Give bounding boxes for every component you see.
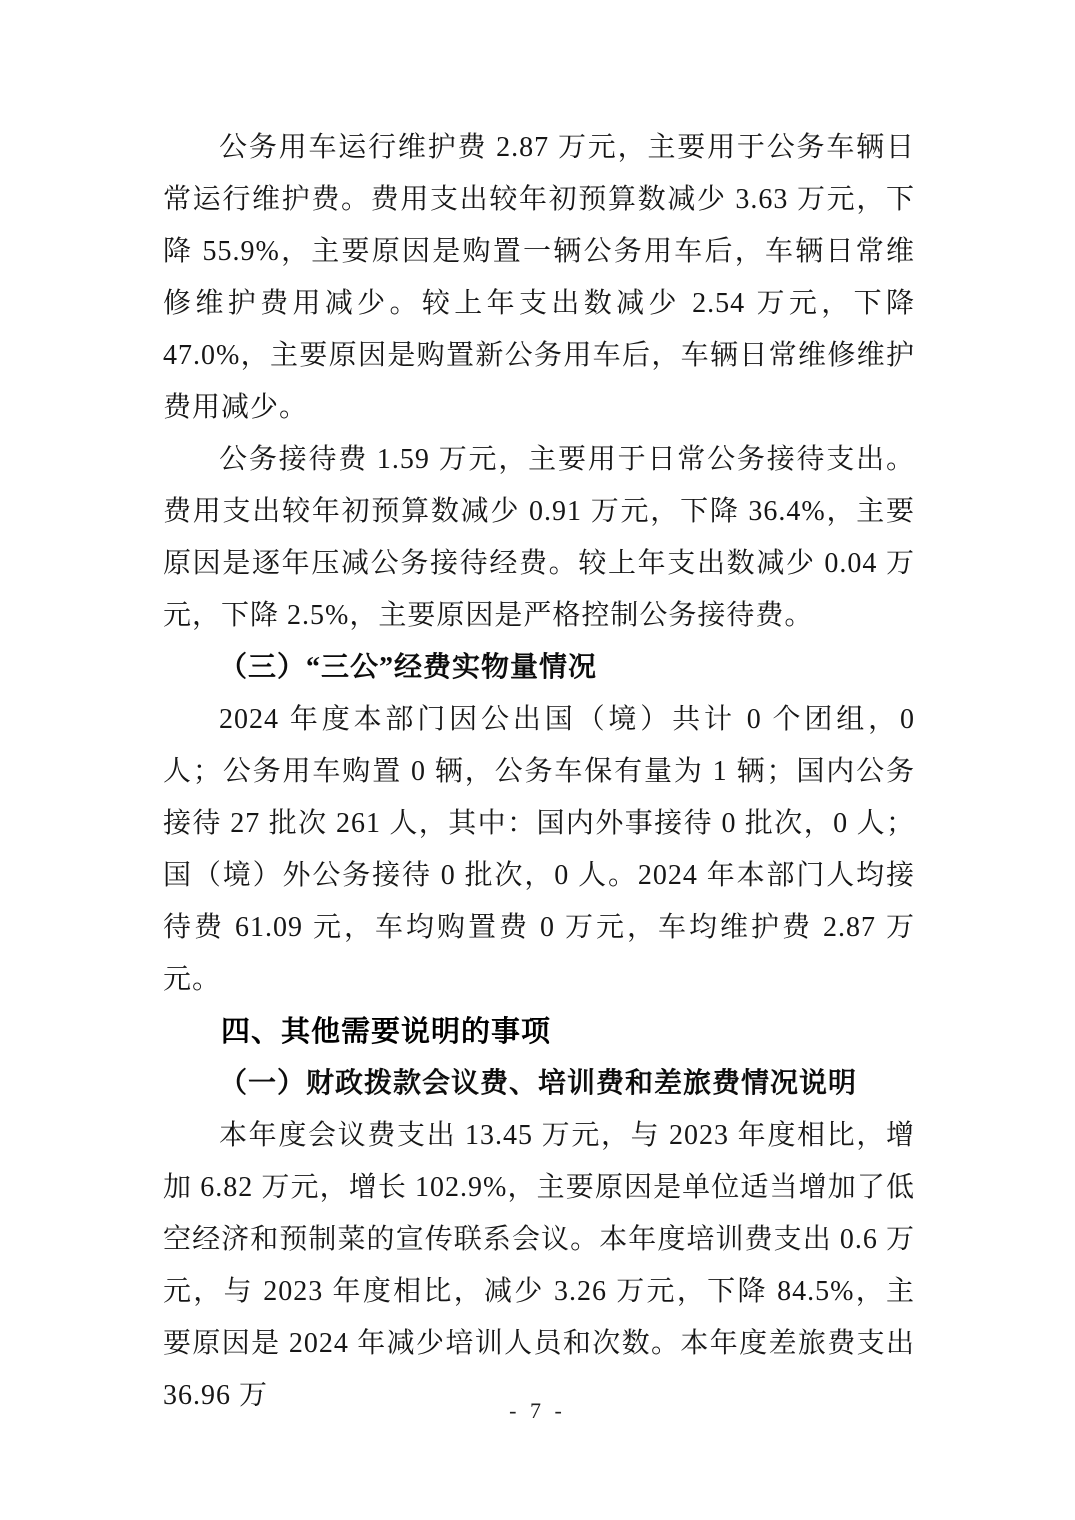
heading-subsection-one-meeting-training-travel: （一）财政拨款会议费、培训费和差旅费情况说明: [163, 1058, 915, 1110]
paragraph-vehicle-operation-maintenance: 公务用车运行维护费 2.87 万元，主要用于公务车辆日常运行维护费。费用支出较年…: [163, 122, 915, 434]
page-footer: - 7 -: [0, 1398, 1075, 1424]
document-content: 公务用车运行维护费 2.87 万元，主要用于公务车辆日常运行维护费。费用支出较年…: [163, 122, 915, 1422]
heading-section-four-other-matters: 四、其他需要说明的事项: [163, 1006, 915, 1058]
paragraph-official-reception-expense: 公务接待费 1.59 万元，主要用于日常公务接待支出。费用支出较年初预算数减少 …: [163, 434, 915, 642]
paragraph-physical-quantity-details: 2024 年度本部门因公出国（境）共计 0 个团组，0 人；公务用车购置 0 辆…: [163, 694, 915, 1006]
document-page: 公务用车运行维护费 2.87 万元，主要用于公务车辆日常运行维护费。费用支出较年…: [0, 0, 1075, 1520]
heading-section-three-physical-quantity: （三）“三公”经费实物量情况: [163, 642, 915, 694]
paragraph-meeting-training-travel-details: 本年度会议费支出 13.45 万元，与 2023 年度相比，增加 6.82 万元…: [163, 1110, 915, 1422]
page-number: - 7 -: [509, 1398, 566, 1423]
